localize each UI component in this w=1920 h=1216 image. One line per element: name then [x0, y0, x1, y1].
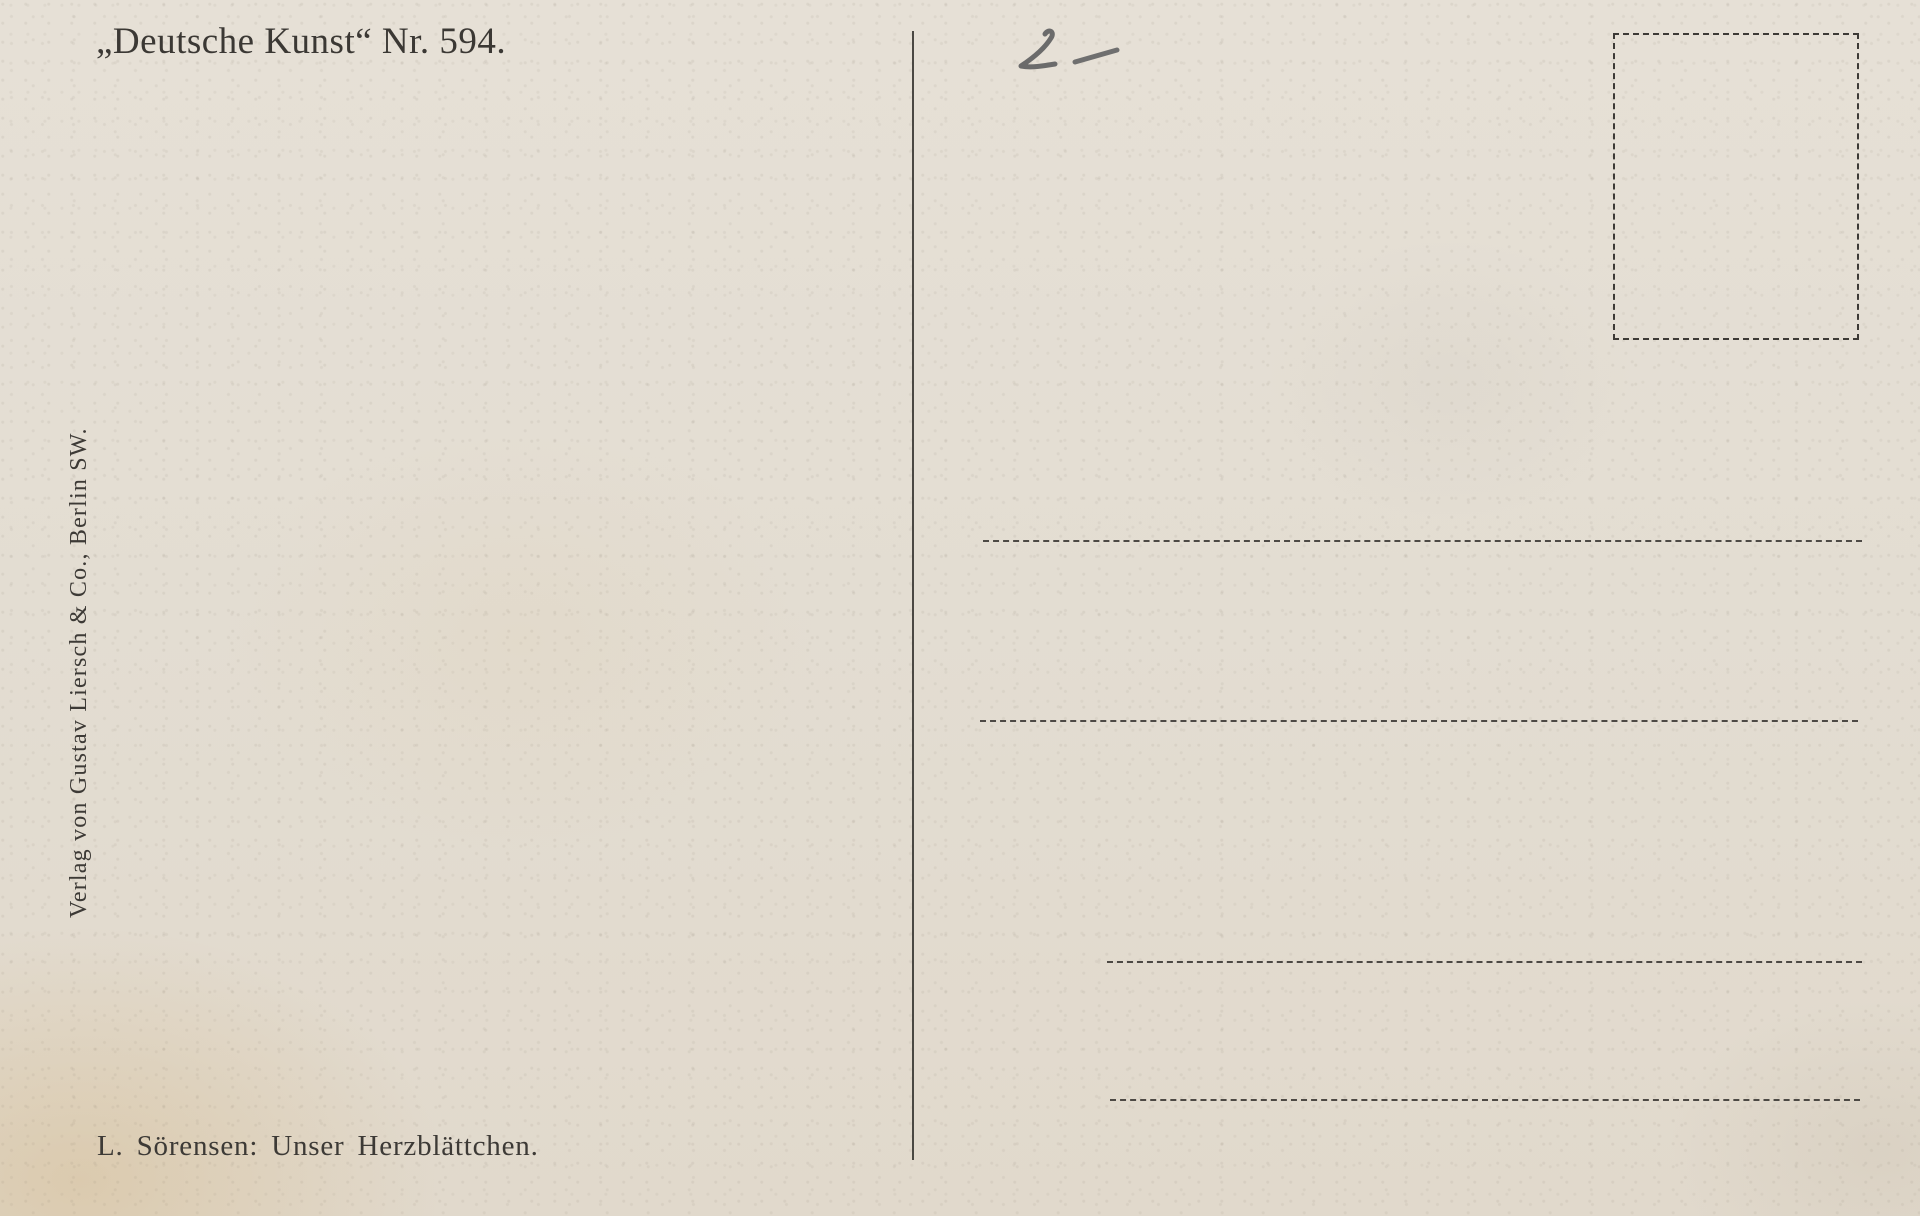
address-line-1	[983, 540, 1862, 542]
address-line-4	[1110, 1099, 1860, 1101]
stamp-box	[1613, 33, 1859, 340]
publisher-imprint: Verlag von Gustav Liersch & Co., Berlin …	[64, 268, 94, 918]
vertical-divider	[912, 31, 914, 1160]
postcard-back: „Deutsche Kunst“ Nr. 594. Verlag von Gus…	[0, 0, 1920, 1216]
address-line-2	[980, 720, 1858, 722]
artwork-caption: L. Sörensen: Unser Herzblättchen.	[97, 1130, 539, 1163]
series-title: „Deutsche Kunst“ Nr. 594.	[96, 20, 506, 63]
address-line-3	[1107, 961, 1862, 963]
handwritten-pencil-mark	[1005, 18, 1125, 78]
